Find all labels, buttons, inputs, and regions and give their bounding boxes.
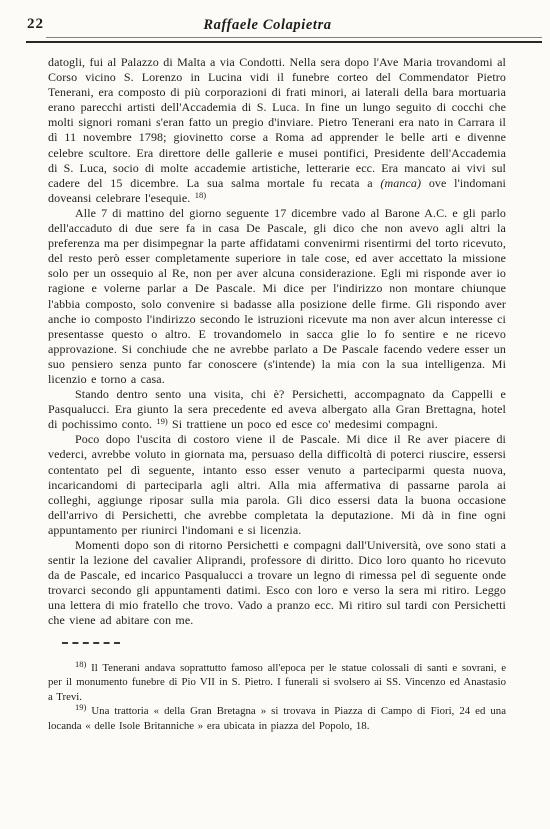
paragraph: Momenti dopo son di ritorno Persichetti … [48,538,506,629]
paragraph: Stando dentro sento una visita, chi è? P… [48,387,506,432]
text-segment: Alle 7 di mattino del giorno seguente 17… [48,206,506,386]
footnote-text: Una trattoria « della Gran Bretagna » si… [48,705,506,732]
header-rule-top [46,37,542,38]
text-segment: (manca) [380,176,421,190]
footnote: 19) Una trattoria « della Gran Bretagna … [48,704,506,733]
text-segment: Poco dopo l'uscita di costoro viene il d… [48,432,506,537]
footnote-marker: 19) [75,702,86,712]
body-text: datogli, fui al Palazzo di Malta a via C… [48,55,506,629]
footnote-marker: 18) [75,659,86,669]
header-rule-bottom [26,41,542,43]
footnote-text: Il Tenerani andava soprattutto famoso al… [48,662,506,703]
paragraph: datogli, fui al Palazzo di Malta a via C… [48,55,506,206]
footnote-ref: 19) [156,416,167,426]
text-segment: datogli, fui al Palazzo di Malta a via C… [48,55,506,190]
paragraph: Alle 7 di mattino del giorno seguente 17… [48,206,506,387]
footnote-ref: 18) [195,190,206,200]
running-title: Raffaele Colapietra [27,17,508,34]
footnote-separator [62,642,120,644]
footnotes: 18) Il Tenerani andava soprattutto famos… [48,661,506,734]
text-segment: Si trattiene un poco ed esce co' medesim… [168,417,438,431]
text-segment: Momenti dopo son di ritorno Persichetti … [48,538,506,627]
book-page: 22 Raffaele Colapietra datogli, fui al P… [0,0,550,829]
footnote: 18) Il Tenerani andava soprattutto famos… [48,661,506,705]
paragraph: Poco dopo l'uscita di costoro viene il d… [48,432,506,538]
page-header: 22 Raffaele Colapietra [27,16,508,36]
